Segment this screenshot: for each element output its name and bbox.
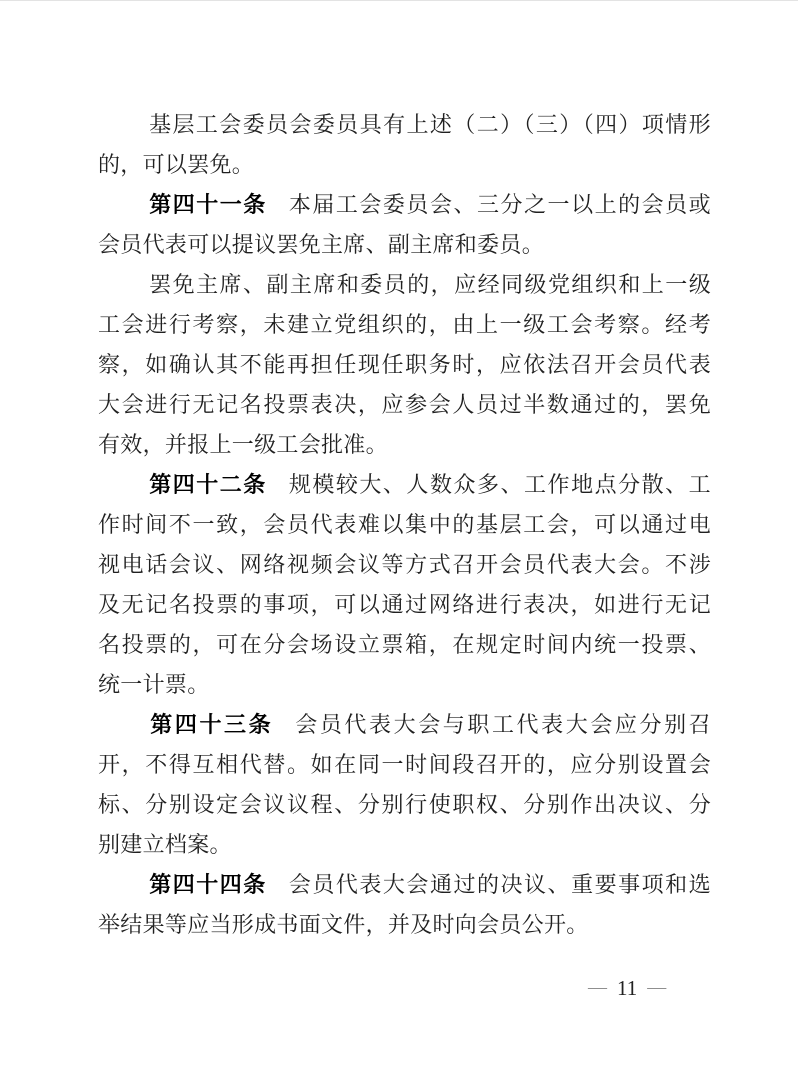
text-line: 第四十一条本届工会委员会、三分之一以上的会员或 bbox=[98, 185, 711, 225]
paragraph-indent bbox=[98, 291, 148, 292]
line-text: 会员代表大会与职工代表大会应分别召 bbox=[295, 712, 711, 737]
text-line: 第四十三条会员代表大会与职工代表大会应分别召 bbox=[98, 705, 711, 745]
paragraph-indent bbox=[98, 891, 148, 892]
line-text: 基层工会委员会委员具有上述（二）（三）（四）项情形 bbox=[148, 112, 711, 137]
line-text: 的，可以罢免。 bbox=[98, 152, 254, 177]
text-line: 举结果等应当形成书面文件，并及时向会员公开。 bbox=[98, 905, 711, 945]
line-text: 大会进行无记名投票表决，应参会人员过半数通过的，罢免 bbox=[98, 392, 711, 417]
paragraph-indent bbox=[98, 211, 148, 212]
text-line: 察，如确认其不能再担任现任职务时，应依法召开会员代表 bbox=[98, 345, 711, 385]
line-text: 有效，并报上一级工会批准。 bbox=[98, 432, 388, 457]
text-line: 罢免主席、副主席和委员的，应经同级党组织和上一级 bbox=[98, 265, 711, 305]
text-line: 视电话会议、网络视频会议等方式召开会员代表大会。不涉 bbox=[98, 545, 711, 585]
line-text: 规模较大、人数众多、工作地点分散、工 bbox=[289, 472, 711, 497]
line-text: 作时间不一致，会员代表难以集中的基层工会，可以通过电 bbox=[98, 512, 711, 537]
text-line: 基层工会委员会委员具有上述（二）（三）（四）项情形 bbox=[98, 105, 711, 145]
text-line: 统一计票。 bbox=[98, 665, 711, 705]
text-line: 有效，并报上一级工会批准。 bbox=[98, 425, 711, 465]
line-text: 开，不得互相代替。如在同一时间段召开的，应分别设置会 bbox=[98, 752, 711, 777]
text-line: 会员代表可以提议罢免主席、副主席和委员。 bbox=[98, 225, 711, 265]
paragraph-indent bbox=[98, 491, 148, 492]
line-text: 别建立档案。 bbox=[98, 832, 232, 857]
page-footer: —11— bbox=[588, 975, 666, 1001]
footer-dash-right: — bbox=[647, 977, 666, 998]
text-line: 别建立档案。 bbox=[98, 825, 711, 865]
footer-dash-left: — bbox=[588, 977, 607, 998]
line-text: 举结果等应当形成书面文件，并及时向会员公开。 bbox=[98, 912, 589, 937]
line-text: 统一计票。 bbox=[98, 672, 210, 697]
line-text: 会员代表可以提议罢免主席、副主席和委员。 bbox=[98, 232, 544, 257]
line-text: 工会进行考察，未建立党组织的，由上一级工会考察。经考 bbox=[98, 312, 711, 337]
line-text: 视电话会议、网络视频会议等方式召开会员代表大会。不涉 bbox=[98, 552, 711, 577]
line-text: 标、分别设定会议议程、分别行使职权、分别作出决议、分 bbox=[98, 792, 711, 817]
text-line: 开，不得互相代替。如在同一时间段召开的，应分别设置会 bbox=[98, 745, 711, 785]
article-number-heading: 第四十二条 bbox=[148, 472, 267, 497]
line-text: 及无记名投票的事项，可以通过网络进行表决，如进行无记 bbox=[98, 592, 711, 617]
page-number: 11 bbox=[617, 976, 637, 1000]
line-text: 名投票的，可在分会场设立票箱，在规定时间内统一投票、 bbox=[98, 632, 711, 657]
text-line: 作时间不一致，会员代表难以集中的基层工会，可以通过电 bbox=[98, 505, 711, 545]
text-line: 第四十四条会员代表大会通过的决议、重要事项和选 bbox=[98, 865, 711, 905]
article-number-heading: 第四十一条 bbox=[148, 192, 267, 217]
text-line: 大会进行无记名投票表决，应参会人员过半数通过的，罢免 bbox=[98, 385, 711, 425]
article-number-heading: 第四十四条 bbox=[148, 872, 267, 897]
paragraph-indent bbox=[98, 731, 148, 732]
text-line: 及无记名投票的事项，可以通过网络进行表决，如进行无记 bbox=[98, 585, 711, 625]
text-line: 标、分别设定会议议程、分别行使职权、分别作出决议、分 bbox=[98, 785, 711, 825]
text-line: 的，可以罢免。 bbox=[98, 145, 711, 185]
line-text: 察，如确认其不能再担任现任职务时，应依法召开会员代表 bbox=[98, 352, 711, 377]
article-number-heading: 第四十三条 bbox=[148, 712, 273, 737]
paragraph-indent bbox=[98, 131, 148, 132]
text-line: 工会进行考察，未建立党组织的，由上一级工会考察。经考 bbox=[98, 305, 711, 345]
document-page: 基层工会委员会委员具有上述（二）（三）（四）项情形的，可以罢免。第四十一条本届工… bbox=[0, 0, 798, 1091]
text-line: 名投票的，可在分会场设立票箱，在规定时间内统一投票、 bbox=[98, 625, 711, 665]
line-text: 罢免主席、副主席和委员的，应经同级党组织和上一级 bbox=[148, 272, 711, 297]
text-line: 第四十二条规模较大、人数众多、工作地点分散、工 bbox=[98, 465, 711, 505]
line-text: 本届工会委员会、三分之一以上的会员或 bbox=[289, 192, 711, 217]
document-body: 基层工会委员会委员具有上述（二）（三）（四）项情形的，可以罢免。第四十一条本届工… bbox=[98, 105, 711, 945]
line-text: 会员代表大会通过的决议、重要事项和选 bbox=[289, 872, 711, 897]
